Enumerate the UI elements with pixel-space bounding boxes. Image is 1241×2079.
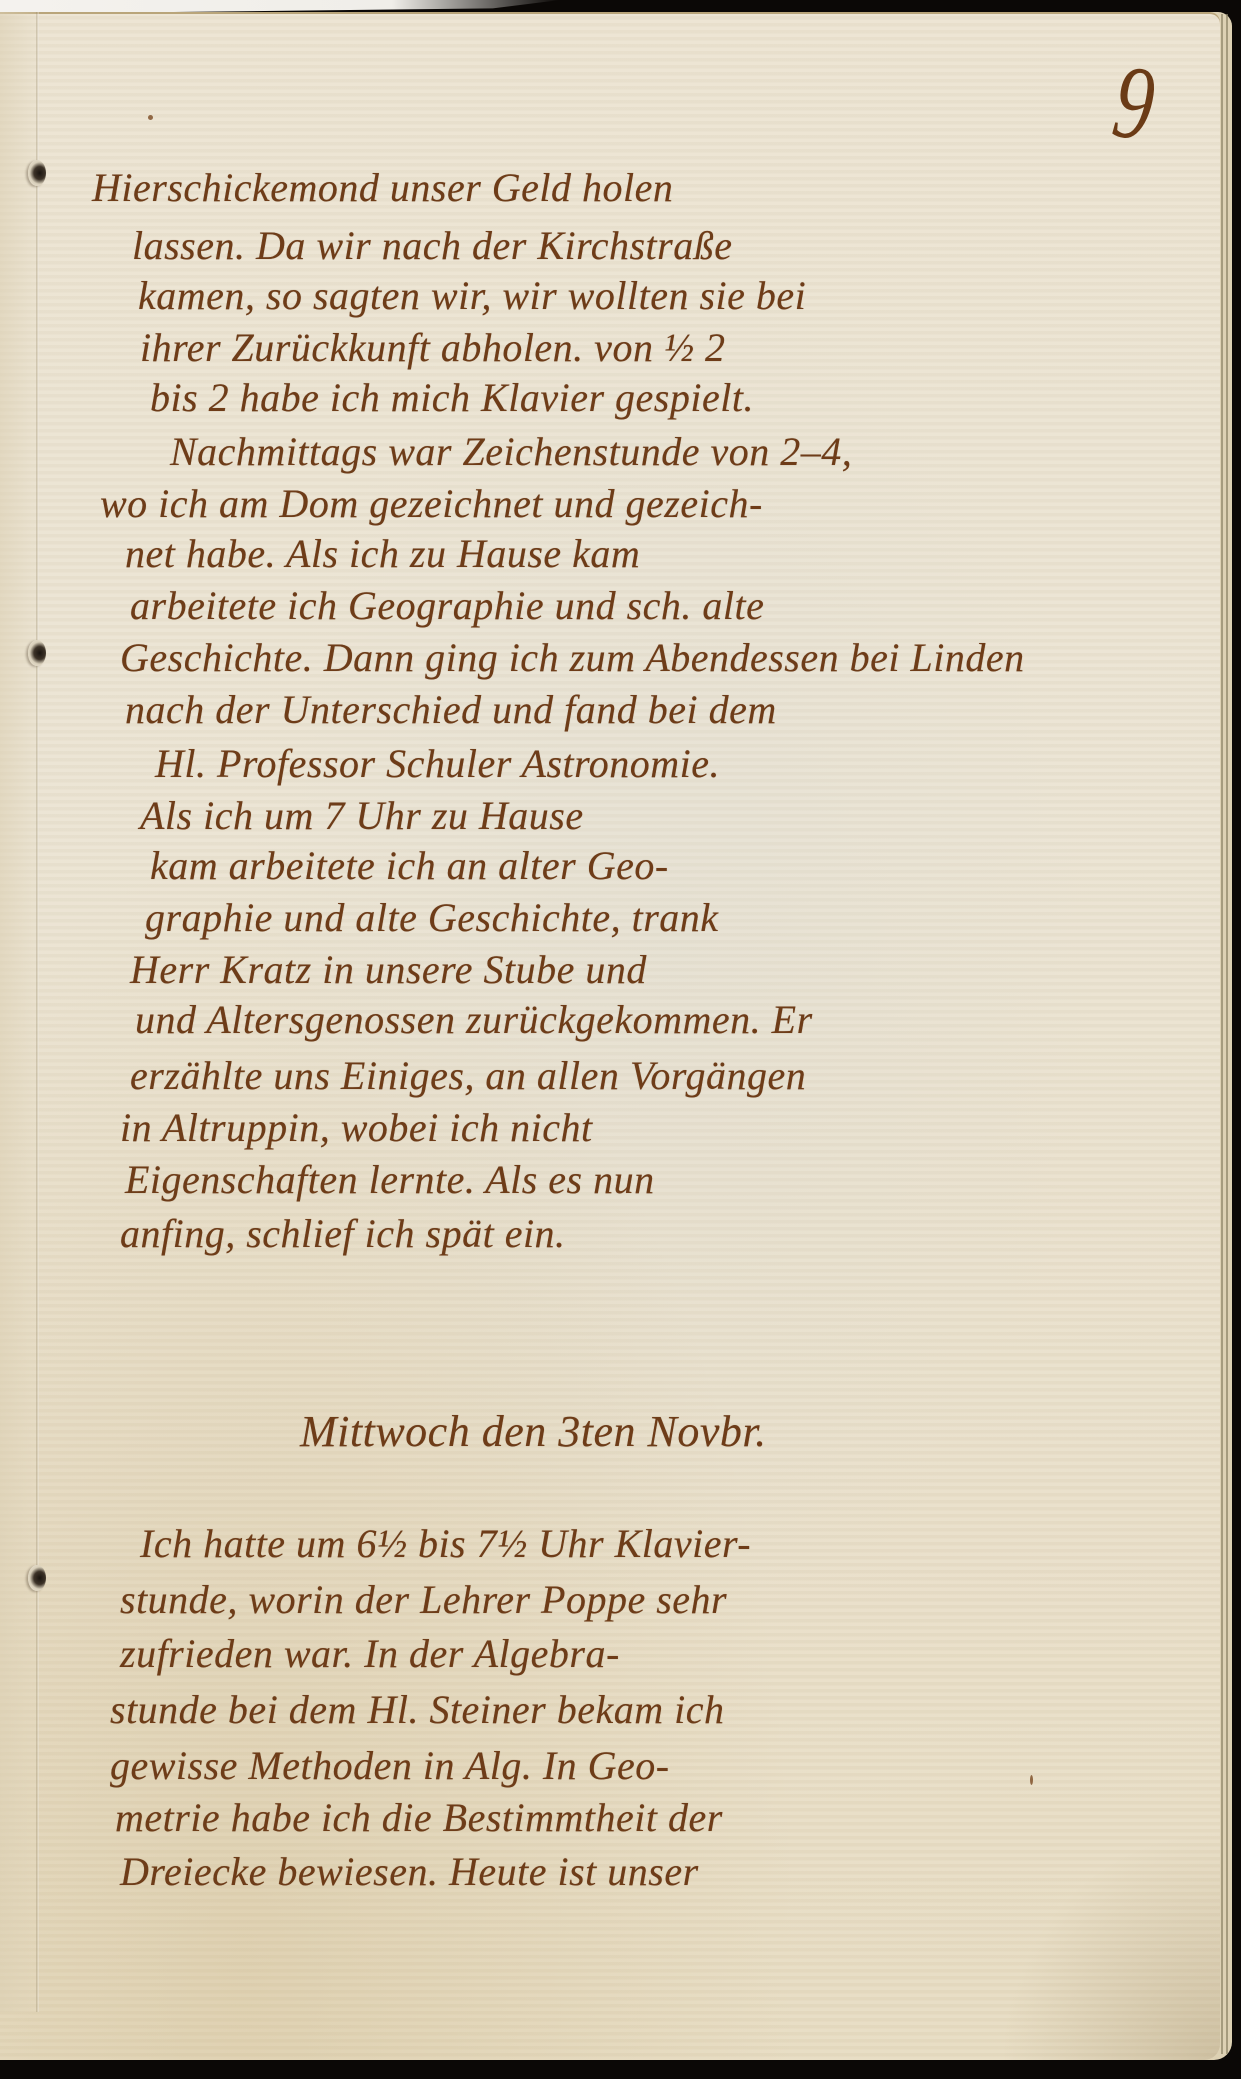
ink-speck — [148, 115, 153, 120]
text-line-16: Herr Kratz in unsere Stube und — [130, 950, 647, 990]
leaf-edge-line — [1221, 14, 1223, 2054]
text-line-21: anfing, schlief ich spät ein. — [120, 1214, 566, 1254]
text-line-13: Als ich um 7 Uhr zu Hause — [140, 796, 584, 836]
text-line-18: erzählte uns Einiges, an allen Vorgängen — [130, 1056, 806, 1096]
text-line-28: metrie habe ich die Bestimmtheit der — [115, 1798, 723, 1838]
text-line-11: nach der Unterschied und fand bei dem — [125, 690, 777, 730]
binding-hole-icon — [28, 160, 46, 186]
text-line-15: graphie und alte Geschichte, trank — [145, 898, 719, 938]
gutter-margin — [0, 12, 36, 2012]
text-line-12: Hl. Professor Schuler Astronomie. — [155, 744, 720, 784]
text-line-7: wo ich am Dom gezeichnet und gezeich- — [100, 484, 763, 524]
text-line-4: ihrer Zurückkunft abholen. von ½ 2 — [140, 328, 725, 368]
leaf-edge-line — [1226, 14, 1228, 2054]
text-line-5: bis 2 habe ich mich Klavier gespielt. — [150, 378, 754, 418]
text-line-27: gewisse Methoden in Alg. In Geo- — [110, 1746, 670, 1786]
binding-hole-icon — [28, 640, 46, 666]
text-line-1: Hierschickemond unser Geld holen — [92, 168, 673, 208]
date-heading: Mittwoch den 3ten Novbr. — [300, 1410, 767, 1454]
text-line-10: Geschichte. Dann ging ich zum Abendessen… — [120, 638, 1025, 678]
binding-hole-icon — [28, 1565, 46, 1591]
text-line-25: zufrieden war. In der Algebra- — [120, 1634, 620, 1674]
text-line-14: kam arbeitete ich an alter Geo- — [150, 846, 669, 886]
gutter-fold-line — [36, 12, 39, 2012]
page-corner-shadow — [1000, 1830, 1220, 2060]
text-line-23: Ich hatte um 6½ bis 7½ Uhr Klavier- — [140, 1524, 751, 1564]
ink-speck — [1030, 1775, 1033, 1785]
text-line-8: net habe. Als ich zu Hause kam — [125, 534, 640, 574]
text-line-17: und Altersgenossen zurückgekommen. Er — [135, 1000, 813, 1040]
text-line-26: stunde bei dem Hl. Steiner bekam ich — [110, 1690, 725, 1730]
text-line-20: Eigenschaften lernte. Als es nun — [125, 1160, 655, 1200]
text-line-6: Nachmittags war Zeichenstunde von 2–4, — [170, 432, 852, 472]
text-line-9: arbeitete ich Geographie und sch. alte — [130, 586, 764, 626]
text-line-19: in Altruppin, wobei ich nicht — [120, 1108, 593, 1148]
text-line-3: kamen, so sagten wir, wir wollten sie be… — [138, 276, 806, 316]
text-line-2: lassen. Da wir nach der Kirchstraße — [132, 226, 732, 266]
text-line-24: stunde, worin der Lehrer Poppe sehr — [120, 1580, 727, 1620]
text-line-29: Dreiecke bewiesen. Heute ist unser — [120, 1852, 699, 1892]
